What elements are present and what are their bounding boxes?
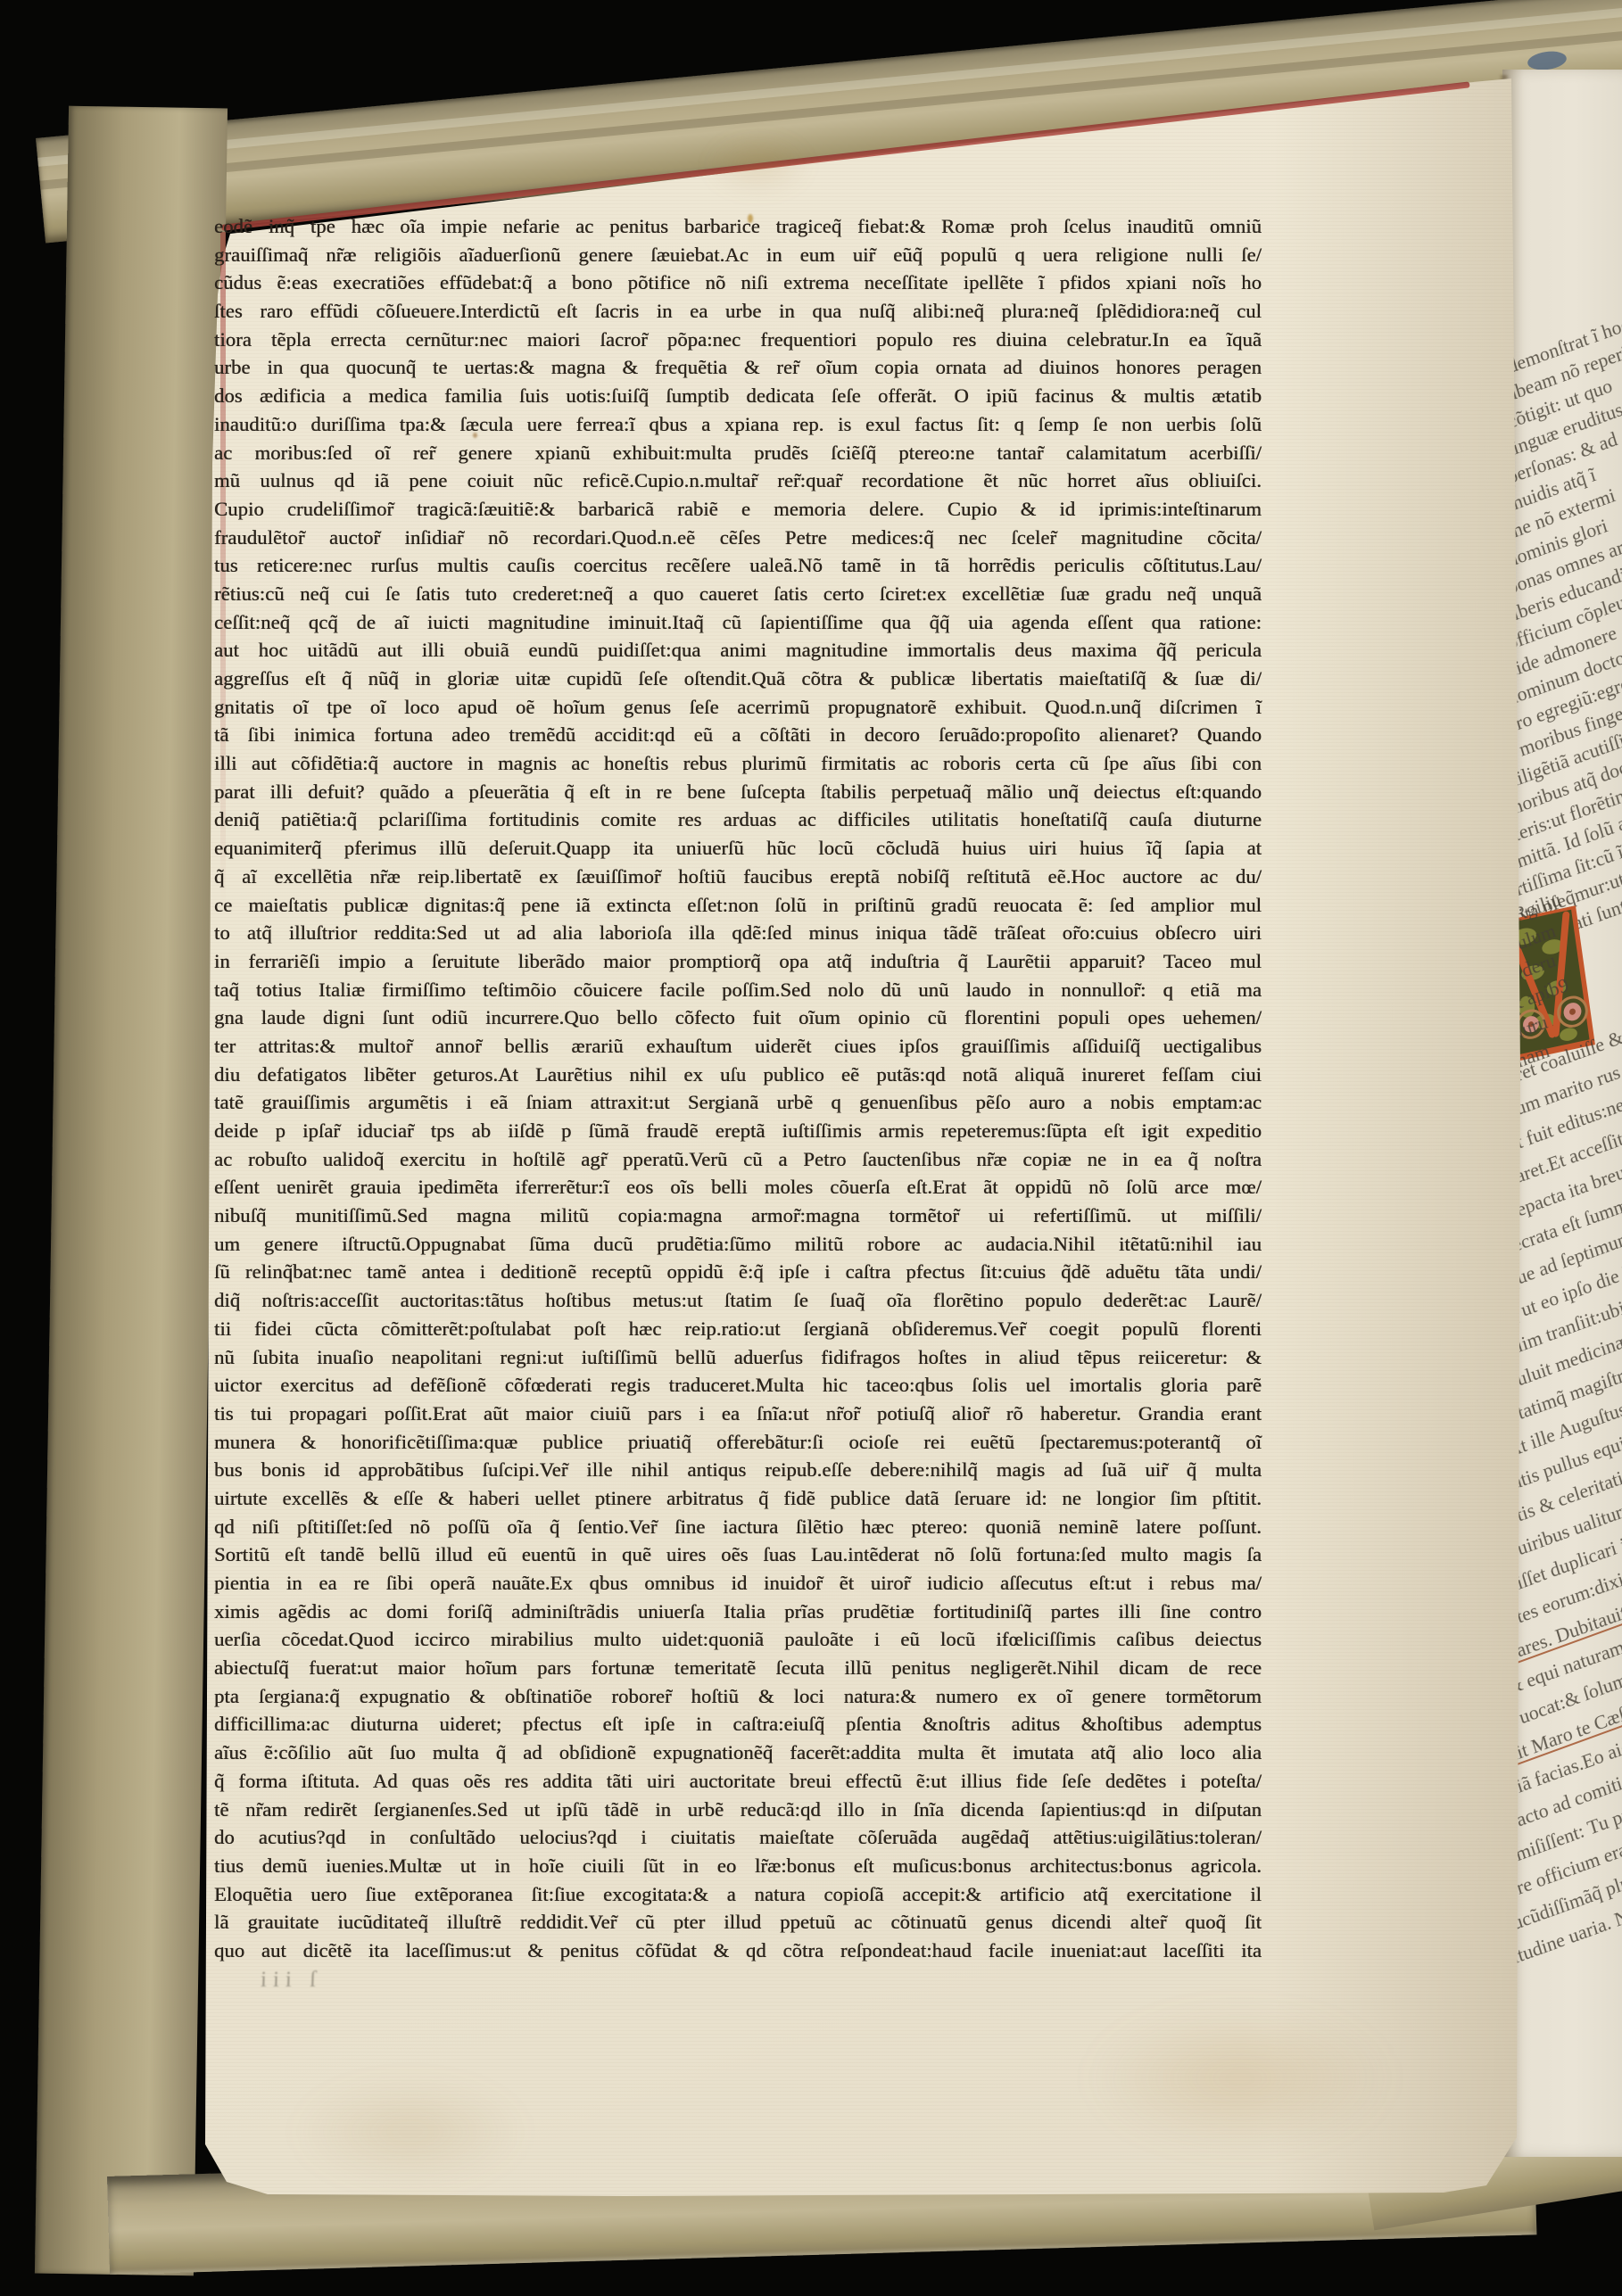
text-line-22: deniq̃ patiẽtia:q̃ pclariſſima fortitudi… [214,805,1262,834]
text-line-17: aggreſſus eſt q̃ nũq̃ in gloriæ uitæ cup… [214,665,1262,693]
text-line-37: um genere iſtructũ.Oppugnabat ſũma ducũ … [214,1230,1262,1259]
text-line-61: lã grauitate iucũditateq̃ illuſtrẽ reddi… [214,1908,1262,1937]
signature-mark-showthrough: iii ſ [261,1968,323,1993]
text-line-16: aut hoc uitãdũ aut illi obuiã eundũ puid… [214,636,1262,665]
text-line-45: bus bonis id approbãtibus ſuſcipi.Ver̃ i… [214,1456,1262,1484]
text-line-12: fraudulẽtor̃ auctor̃ inſidiar̃ nõ record… [214,524,1262,552]
text-line-48: Sortitũ eſt tandẽ bellũ illud eũ euentũ … [214,1540,1262,1569]
text-line-38: ſũ relinq̃bat:nec tamẽ antea i deditionẽ… [214,1258,1262,1286]
text-line-39: diq̃ noſtris:acceſſit auctoritas:tãtus h… [214,1286,1262,1315]
text-line-26: to atq̃ illuſtrior reddita:Sed ut ad ali… [214,919,1262,947]
text-line-9: ac moribus:ſed oĩ rer̃ genere xpianũ exh… [214,439,1262,467]
text-line-58: do acutius?qd in conſultãdo uelocius?qd … [214,1823,1262,1852]
text-line-5: tiora tẽpla errecta cernũtur:nec maiori … [214,326,1262,354]
text-line-56: q̃ forma iſtituta. Ad quas oẽs res addit… [214,1767,1262,1796]
text-line-8: inauditũ:o duriſſima tpa:& ſæcula uere f… [214,410,1262,439]
text-line-52: abiectuſq̃ fuerat:ut maior hoĩum pars fo… [214,1654,1262,1682]
text-line-18: gnitatis oĩ tpe oĩ loco apud oẽ hoĩum ge… [214,693,1262,722]
text-line-36: nibuſq̃ munitiſſimũ.Sed magna militũ cop… [214,1202,1262,1230]
text-line-3: cũdus ẽ:eas execratiões effũdebat:q̃ a b… [214,268,1262,297]
text-line-31: diu defatigatos libẽter geturos.At Laurẽ… [214,1061,1262,1089]
text-line-20: illi aut cõfidẽtia:q̃ auctore in magnis … [214,749,1262,778]
text-line-42: uictor exercitus ad defẽſionẽ cõfœderati… [214,1371,1262,1400]
photograph-of-open-incunabulum: demonſtrat ĩ hocabeam nõ repericõtigit: … [0,0,1622,2296]
text-line-4: ſtes raro effũdi cõſueuere.Interdictũ eſ… [214,297,1262,326]
text-line-2: grauiſſimaq̃ nr̃æ religiõis aĩaduerſionũ… [214,241,1262,269]
text-line-44: munera & honorificẽtiſſima:quæ publice p… [214,1428,1262,1457]
text-line-40: tii fidei cũcta cõmitterẽt:poſtulabat po… [214,1315,1262,1343]
text-line-32: tatẽ grauiſſimis argumẽtis i eã ſniam at… [214,1088,1262,1117]
text-line-1: eodẽ inq̃ tpe hæc oĩa impie nefarie ac p… [214,212,1262,241]
text-line-53: pta ſergiana:q̃ expugnatio & obſtinatiõe… [214,1682,1262,1711]
text-line-57: tẽ nr̃am redirẽt ſergianenſes.Sed ut ipſ… [214,1796,1262,1824]
text-line-21: parat illi defuit? quãdo a pſeuerãtia q̃… [214,778,1262,806]
text-line-33: deide p ipſar̃ iduciar̃ tps ab iiſdẽ p ſ… [214,1117,1262,1145]
text-line-10: mũ uulnus qd iã pene coiuit nũc reficẽ.C… [214,467,1262,495]
text-line-23: equanimiterq̃ pferimus illũ deſeruit.Qua… [214,834,1262,863]
text-line-59: tius demũ iuenies.Multæ ut in hoĩe ciuil… [214,1852,1262,1880]
text-line-28: taq̃ totius Italiæ firmiſſimo teſtimõio … [214,976,1262,1004]
vellum-cover-left-edge [35,106,228,2275]
text-line-46: uirtute excellẽs & eſſe & haberi uellet … [214,1484,1262,1513]
latin-text-block: eodẽ inq̃ tpe hæc oĩa impie nefarie ac p… [214,212,1262,1965]
text-line-47: qd niſi pſtitiſſet:ſed nõ poſſũ oĩa q̃ ſ… [214,1513,1262,1541]
next-page-text-fragments-lower: eret coaluiſſe & excum marito rus prut f… [1508,1061,1622,1977]
text-line-7: dos ædificia a medica familia ſuis uotis… [214,382,1262,410]
text-line-49: pientia in ea re ſibi operã nauãte.Ex qb… [214,1569,1262,1598]
text-line-54: difficillima:ac diuturna uideret; pfectu… [214,1710,1262,1739]
text-line-27: in ferrariẽſi impio a ſeruitute liberãdo… [214,947,1262,976]
text-line-24: q̃ aĩ excellẽtia nr̃æ reip.libertatẽ ex … [214,863,1262,891]
text-line-41: nũ ſubita inuaſio neapolitani regni:ut i… [214,1343,1262,1372]
text-line-25: ce maieſtatis publicæ dignitas:q̃ pene i… [214,891,1262,920]
text-line-29: gna laude digni ſunt odiũ incurrere.Quo … [214,1003,1262,1032]
fore-edge-next-page: demonſtrat ĩ hocabeam nõ repericõtigit: … [1502,70,1622,2157]
text-line-34: ac robuſto ualidoq̃ exercitu in hoſtilẽ … [214,1145,1262,1174]
text-line-55: aĩus ẽ:cõſilio aũt ſuo multa q̃ ad obſid… [214,1739,1262,1767]
text-line-6: urbe in qua quocunq̃ te uertas:& magna &… [214,353,1262,382]
text-line-62: quo aut dicẽtẽ ita laceſſimus:ut & penit… [214,1937,1262,1965]
text-line-14: rẽtius:cũ neq̃ cui ſe ſatis tuto credere… [214,580,1262,608]
text-line-30: ter attritas:& multor̃ annor̃ bellis æra… [214,1032,1262,1061]
text-line-35: eſſent uenirẽt grauia ipedimẽta iferrerẽ… [214,1173,1262,1202]
text-line-60: Eloquẽtia uero ſiue extẽporanea ſit:ſiue… [214,1880,1262,1909]
text-line-51: uerſia cõcedat.Quod iccirco mirabilius m… [214,1625,1262,1654]
text-line-11: Cupio crudeliſſimor̃ tragicã:ſæuitiẽ:& b… [214,495,1262,524]
text-line-15: ceſſit:neq̃ qcq̃ de aĩ iuicti magnitudin… [214,608,1262,637]
text-line-19: tã ſibi inimica fortuna adeo tremẽdũ acc… [214,721,1262,749]
text-line-13: tus reticere:nec rurſus multis cauſis co… [214,551,1262,580]
text-line-43: tis tui propagari poſſit.Erat aũt maior … [214,1400,1262,1428]
text-line-50: ximis agẽdis ac domi foriſq̃ adminiſtrãd… [214,1598,1262,1626]
